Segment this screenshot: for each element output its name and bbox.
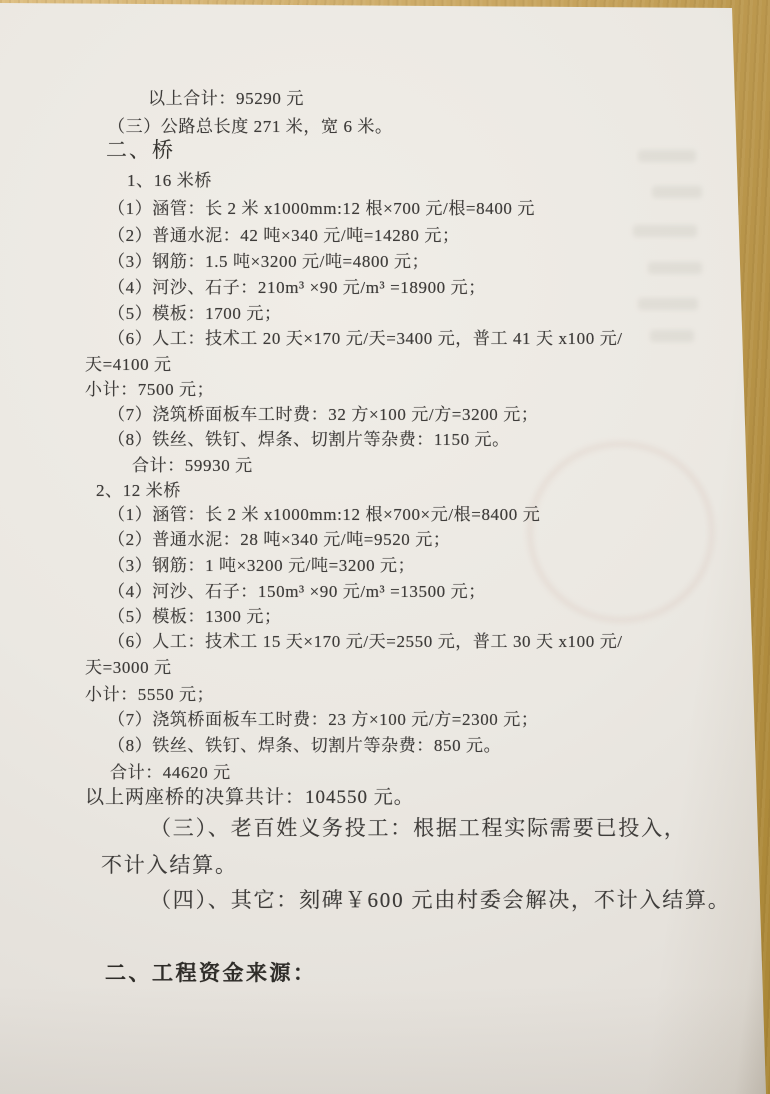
doc-paragraph: （三）、老百姓义务投工：根据工程实际需要已投入， xyxy=(150,812,687,842)
doc-line: 合计：59930 元 xyxy=(132,451,253,476)
ink-bleedthrough xyxy=(650,330,694,342)
doc-line: （3）钢筋：1.5 吨×3200 元/吨=4800 元； xyxy=(108,247,429,272)
ink-bleedthrough xyxy=(638,298,698,310)
seal-bleedthrough xyxy=(528,442,714,622)
doc-line: 2、12 米桥 xyxy=(96,476,181,501)
doc-line: 天=3000 元 xyxy=(85,653,172,678)
doc-line: （7）浇筑桥面板车工时费：32 方×100 元/方=3200 元； xyxy=(108,400,538,425)
doc-line: 合计：44620 元 xyxy=(110,758,231,783)
doc-line: 天=4100 元 xyxy=(85,350,172,375)
doc-line: （8）铁丝、铁钉、焊条、切割片等杂费：1150 元。 xyxy=(108,425,510,450)
doc-paragraph: （四）、其它：刻碑￥600 元由村委会解决，不计入结算。 xyxy=(150,884,731,914)
doc-line: （6）人工：技术工 20 天×170 元/天=3400 元，普工 41 天 x1… xyxy=(108,324,623,349)
doc-line: （6）人工：技术工 15 天×170 元/天=2550 元，普工 30 天 x1… xyxy=(108,627,623,652)
doc-line: （8）铁丝、铁钉、焊条、切割片等杂费：850 元。 xyxy=(108,731,501,756)
ink-bleedthrough xyxy=(638,150,696,162)
doc-line: 小计：7500 元； xyxy=(85,375,214,400)
doc-line: （2）普通水泥：42 吨×340 元/吨=14280 元； xyxy=(108,221,460,246)
doc-line: （7）浇筑桥面板车工时费：23 方×100 元/方=2300 元； xyxy=(108,705,538,730)
doc-line: （5）模板：1300 元； xyxy=(108,602,282,627)
doc-line: （1）涵管：长 2 米 x1000mm:12 根×700 元/根=8400 元 xyxy=(108,194,535,219)
doc-line: （4）河沙、石子：150m³ ×90 元/m³ =13500 元； xyxy=(108,577,486,602)
doc-line: （4）河沙、石子：210m³ ×90 元/m³ =18900 元； xyxy=(108,273,486,298)
paper-sheet: 以上合计：95290 元 （三）公路总长度 271 米，宽 6 米。 二、桥 1… xyxy=(0,0,770,1094)
section-heading: 二、桥 xyxy=(106,134,175,164)
doc-line: （2）普通水泥：28 吨×340 元/吨=9520 元； xyxy=(108,525,450,550)
doc-line: （3）钢筋：1 吨×3200 元/吨=3200 元； xyxy=(108,551,415,576)
doc-line: 以上合计：95290 元 xyxy=(148,84,304,109)
doc-line: （5）模板：1700 元； xyxy=(108,299,282,324)
doc-line: 小计：5550 元； xyxy=(85,680,214,705)
doc-paragraph: 不计入结算。 xyxy=(101,849,238,879)
doc-total-line: 以上两座桥的决算共计：104550 元。 xyxy=(85,782,414,809)
doc-line: （1）涵管：长 2 米 x1000mm:12 根×700×元/根=8400 元 xyxy=(108,500,540,525)
doc-line: 1、16 米桥 xyxy=(127,166,212,191)
ink-bleedthrough xyxy=(648,262,702,274)
section-heading: 二、工程资金来源： xyxy=(105,957,317,987)
ink-bleedthrough xyxy=(633,225,697,237)
ink-bleedthrough xyxy=(652,186,702,198)
